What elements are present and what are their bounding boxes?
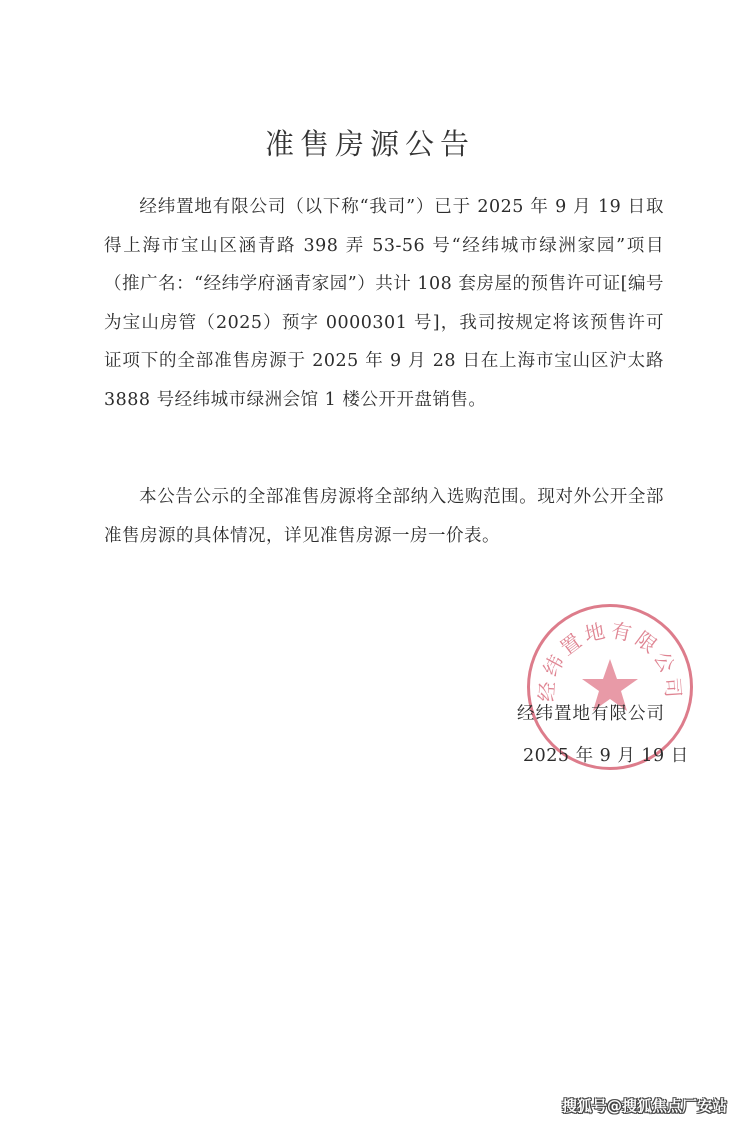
paragraph-2: 本公告公示的全部准售房源将全部纳入选购范围。现对外公开全部准售房源的具体情况，详…	[104, 478, 664, 555]
document-title: 准售房源公告	[0, 122, 740, 163]
paragraph-2-text: 本公告公示的全部准售房源将全部纳入选购范围。现对外公开全部准售房源的具体情况，详…	[104, 487, 664, 546]
paragraph-1: 经纬置地有限公司（以下称“我司”）已于 2025 年 9 月 19 日取得上海市…	[104, 188, 664, 419]
paragraph-1-text: 经纬置地有限公司（以下称“我司”）已于 2025 年 9 月 19 日取得上海市…	[104, 197, 664, 410]
signature-date: 2025 年 9 月 19 日	[523, 742, 689, 767]
watermark: 搜狐号@搜狐焦点厂安站	[562, 1095, 727, 1116]
signer-name: 经纬置地有限公司	[517, 700, 665, 725]
